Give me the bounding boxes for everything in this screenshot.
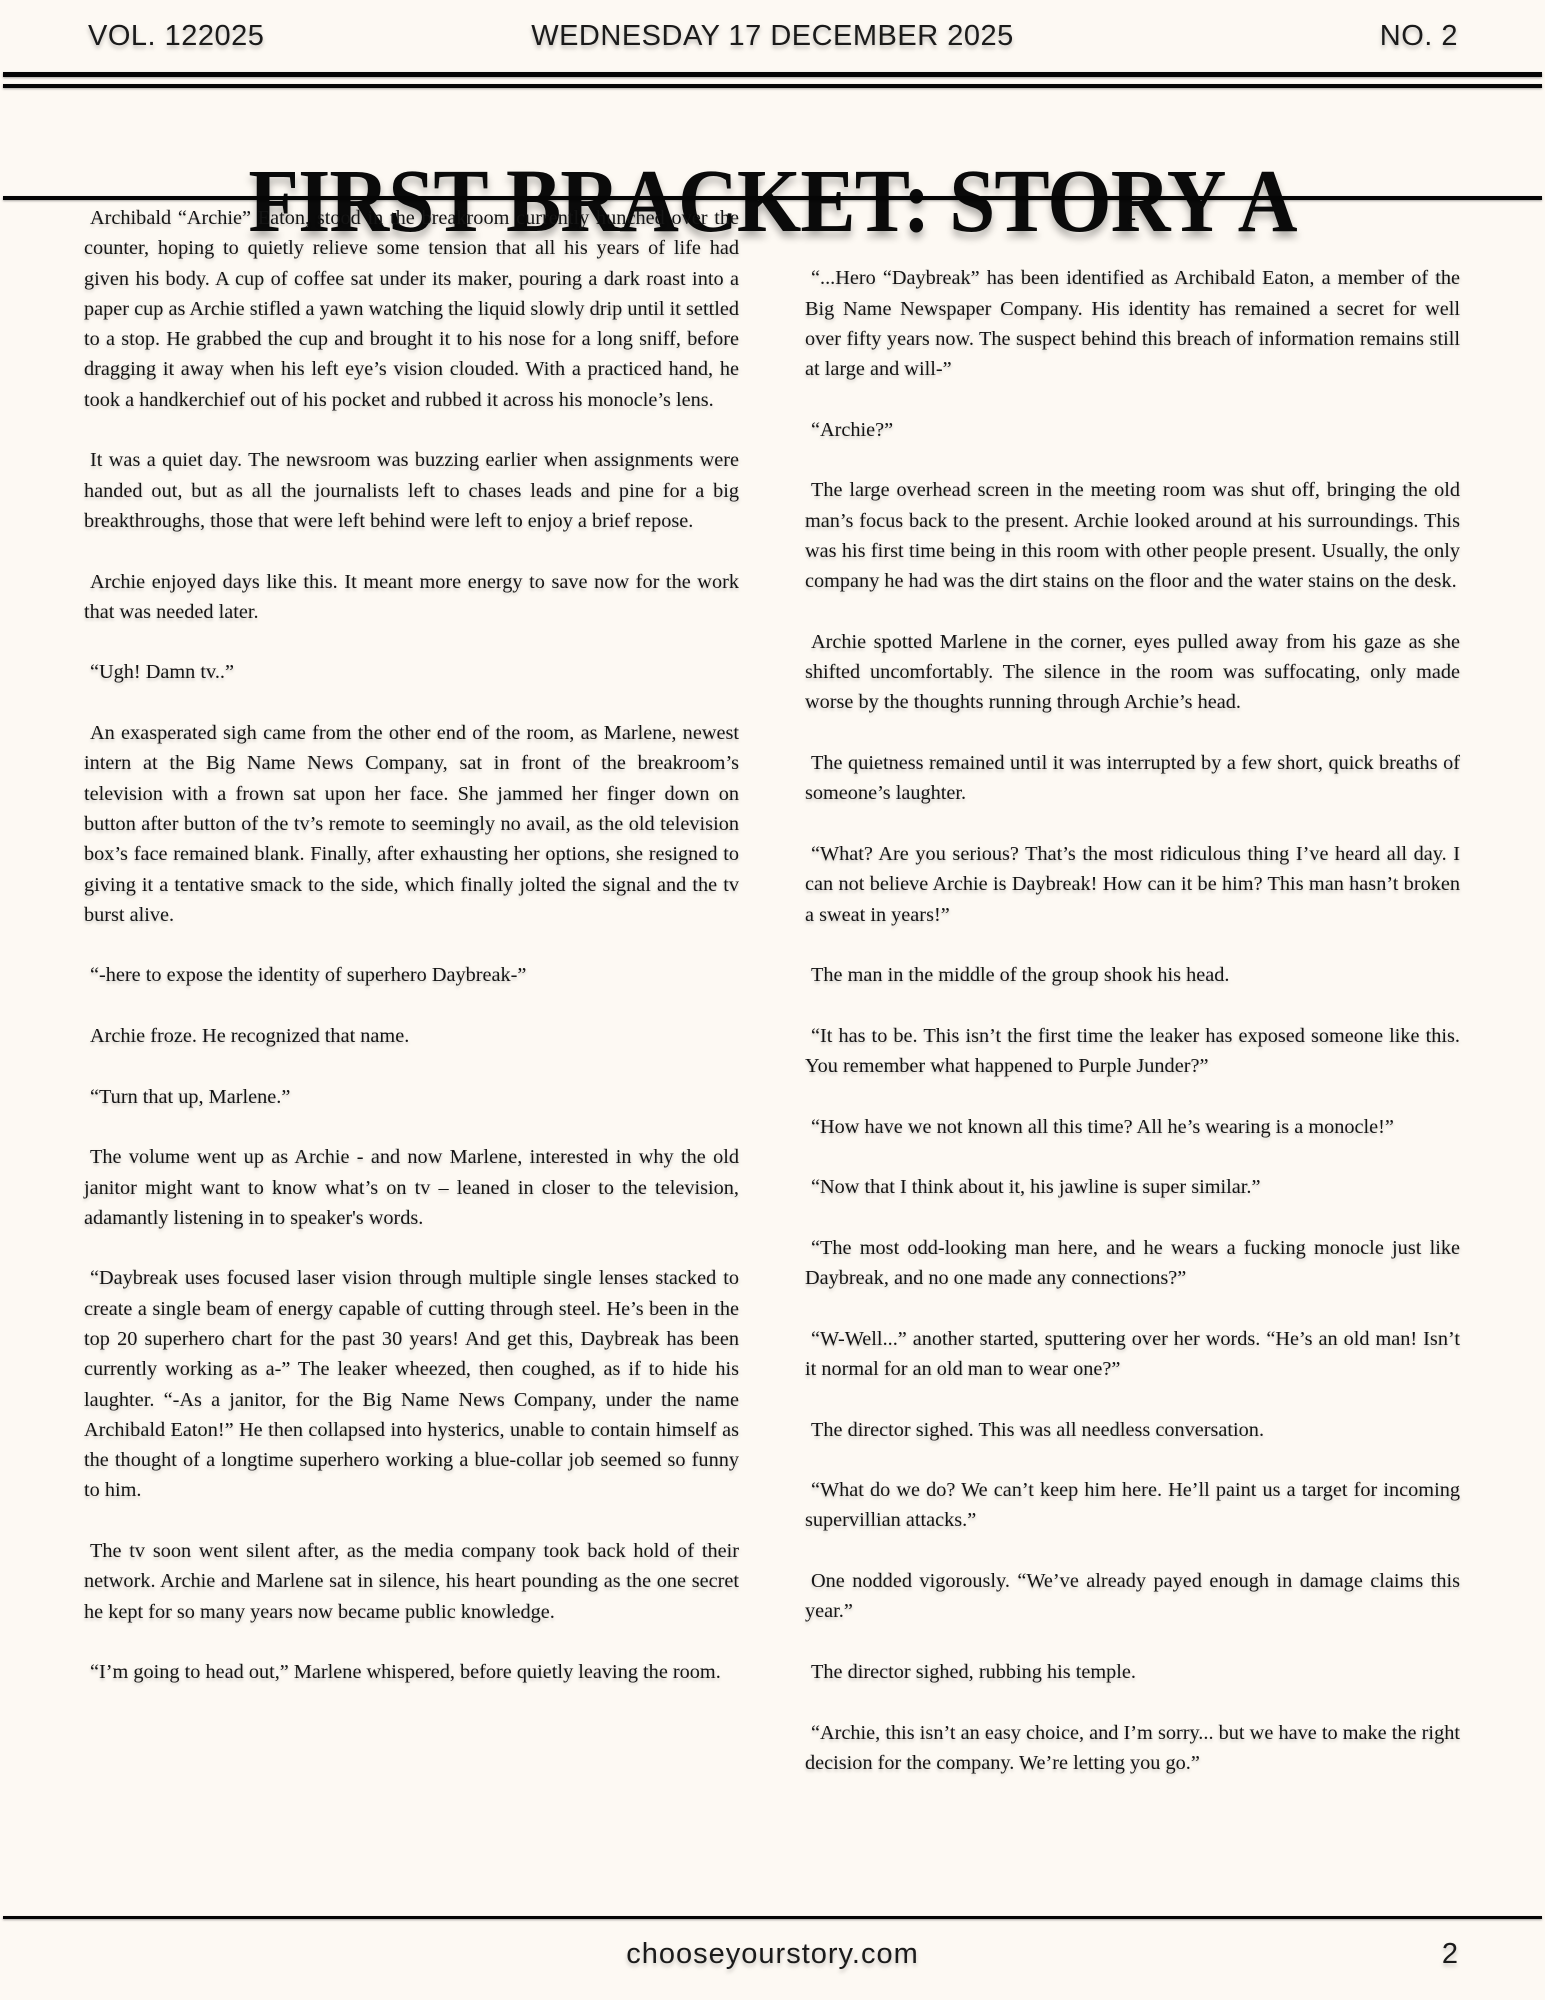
paragraph: The quietness remained until it was inte… (805, 748, 1460, 809)
paragraph: It was a quiet day. The newsroom was buz… (84, 445, 739, 536)
issue-date: WEDNESDAY 17 DECEMBER 2025 (0, 20, 1545, 53)
headline-divider (3, 196, 1542, 200)
paragraph: “Archie?” (805, 415, 1460, 445)
masthead-bar: VOL. 122025 WEDNESDAY 17 DECEMBER 2025 N… (0, 20, 1545, 60)
masthead-divider-top (3, 72, 1542, 77)
paragraph: “Ugh! Damn tv..” (84, 657, 739, 687)
page-number: 2 (1442, 1938, 1458, 1971)
masthead-divider-bottom (3, 84, 1542, 88)
issue-number: NO. 2 (1380, 20, 1458, 53)
paragraph: “Turn that up, Marlene.” (84, 1082, 739, 1112)
paragraph: “W-Well...” another started, sputtering … (805, 1324, 1460, 1385)
paragraph: One nodded vigorously. “We’ve already pa… (805, 1566, 1460, 1627)
paragraph: The volume went up as Archie - and now M… (84, 1142, 739, 1233)
paragraph: The director sighed, rubbing his temple. (805, 1657, 1460, 1687)
website-link[interactable]: chooseyourstory.com (0, 1938, 1545, 1971)
paragraph: “Now that I think about it, his jawline … (805, 1172, 1460, 1202)
paragraph: “-here to expose the identity of superhe… (84, 960, 739, 990)
paragraph: The man in the middle of the group shook… (805, 960, 1460, 990)
scene-break-separator: - (805, 203, 1460, 233)
article-column-right: - “...Hero “Daybreak” has been identifie… (805, 203, 1460, 1808)
paragraph: “What? Are you serious? That’s the most … (805, 839, 1460, 930)
paragraph: “The most odd-looking man here, and he w… (805, 1233, 1460, 1294)
paragraph: “I’m going to head out,” Marlene whisper… (84, 1657, 739, 1687)
paragraph: “Daybreak uses focused laser vision thro… (84, 1263, 739, 1505)
paragraph: Archie spotted Marlene in the corner, ey… (805, 627, 1460, 718)
paragraph: The tv soon went silent after, as the me… (84, 1536, 739, 1627)
paragraph: “How have we not known all this time? Al… (805, 1112, 1460, 1142)
footer-bar: chooseyourstory.com 2 (0, 1938, 1545, 1978)
paragraph: “It has to be. This isn’t the first time… (805, 1021, 1460, 1082)
paragraph: An exasperated sigh came from the other … (84, 718, 739, 930)
paragraph: The large overhead screen in the meeting… (805, 475, 1460, 596)
paragraph: Archie enjoyed days like this. It meant … (84, 567, 739, 628)
paragraph: Archie froze. He recognized that name. (84, 1021, 739, 1051)
footer-divider (3, 1916, 1542, 1919)
paragraph: Archibald “Archie” Eaton, stood in the b… (84, 203, 739, 415)
paragraph: “Archie, this isn’t an easy choice, and … (805, 1718, 1460, 1779)
paragraph: “What do we do? We can’t keep him here. … (805, 1475, 1460, 1536)
article-column-left: Archibald “Archie” Eaton, stood in the b… (84, 203, 739, 1718)
paragraph: The director sighed. This was all needle… (805, 1415, 1460, 1445)
paragraph: “...Hero “Daybreak” has been identified … (805, 263, 1460, 384)
